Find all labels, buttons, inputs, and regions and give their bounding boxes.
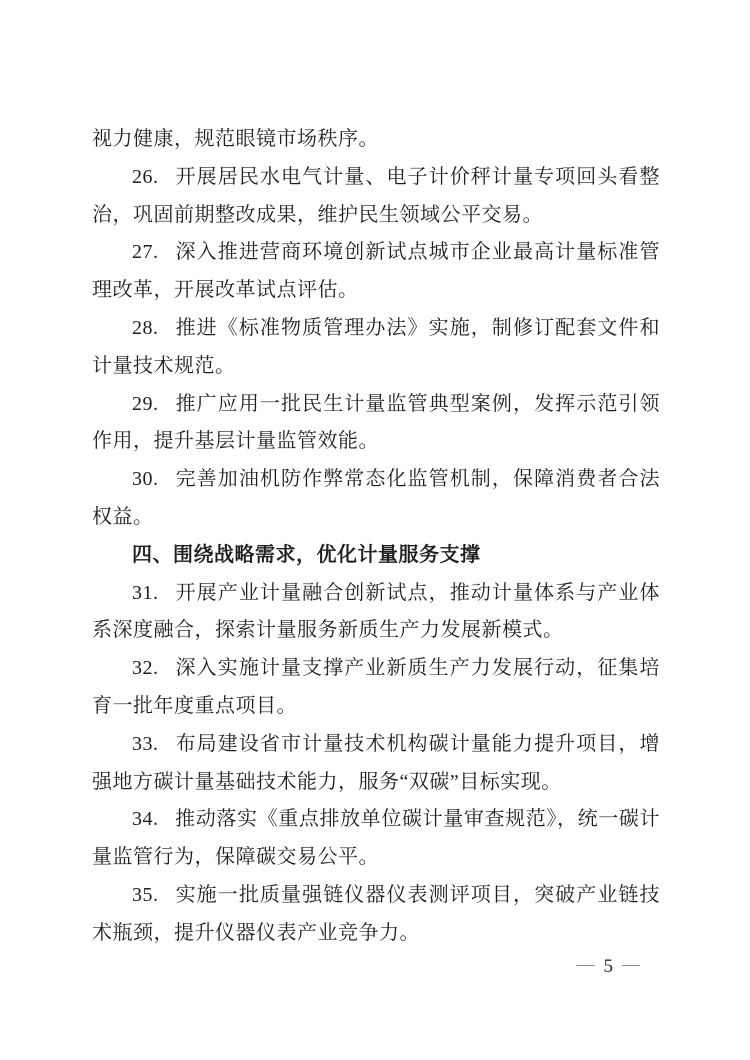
paragraph: 28. 推进《标准物质管理办法》实施，制修订配套文件和计量技术规范。 (92, 310, 660, 386)
page-number-dash-right: — (622, 954, 640, 974)
paragraph: 35. 实施一批质量强链仪器仪表测评项目，突破产业链技术瓶颈，提升仪器仪表产业竞… (92, 877, 660, 953)
paragraph: 29. 推广应用一批民生计量监管典型案例，发挥示范引领作用，提升基层计量监管效能… (92, 386, 660, 462)
paragraph: 26. 开展居民水电气计量、电子计价秤计量专项回头看整治，巩固前期整改成果，维护… (92, 159, 660, 235)
page-number-dash-left: — (577, 954, 595, 974)
document-body: 视力健康，规范眼镜市场秩序。26. 开展居民水电气计量、电子计价秤计量专项回头看… (92, 121, 660, 953)
paragraph: 34. 推动落实《重点排放单位碳计量审查规范》，统一碳计量监管行为，保障碳交易公… (92, 801, 660, 877)
paragraph: 30. 完善加油机防作弊常态化监管机制，保障消费者合法权益。 (92, 461, 660, 537)
paragraph: 27. 深入推进营商环境创新试点城市企业最高计量标准管理改革，开展改革试点评估。 (92, 234, 660, 310)
paragraph: 31. 开展产业计量融合创新试点，推动计量体系与产业体系深度融合，探索计量服务新… (92, 575, 660, 651)
document-page: 视力健康，规范眼镜市场秩序。26. 开展居民水电气计量、电子计价秤计量专项回头看… (0, 0, 750, 1060)
paragraph: 32. 深入实施计量支撑产业新质生产力发展行动，征集培育一批年度重点项目。 (92, 650, 660, 726)
page-number: —5— (577, 953, 641, 980)
section-heading: 四、围绕战略需求，优化计量服务支撑 (92, 537, 660, 575)
paragraph: 33. 布局建设省市计量技术机构碳计量能力提升项目，增强地方碳计量基础技术能力，… (92, 726, 660, 802)
page-number-value: 5 (604, 956, 614, 977)
paragraph: 视力健康，规范眼镜市场秩序。 (92, 121, 660, 159)
